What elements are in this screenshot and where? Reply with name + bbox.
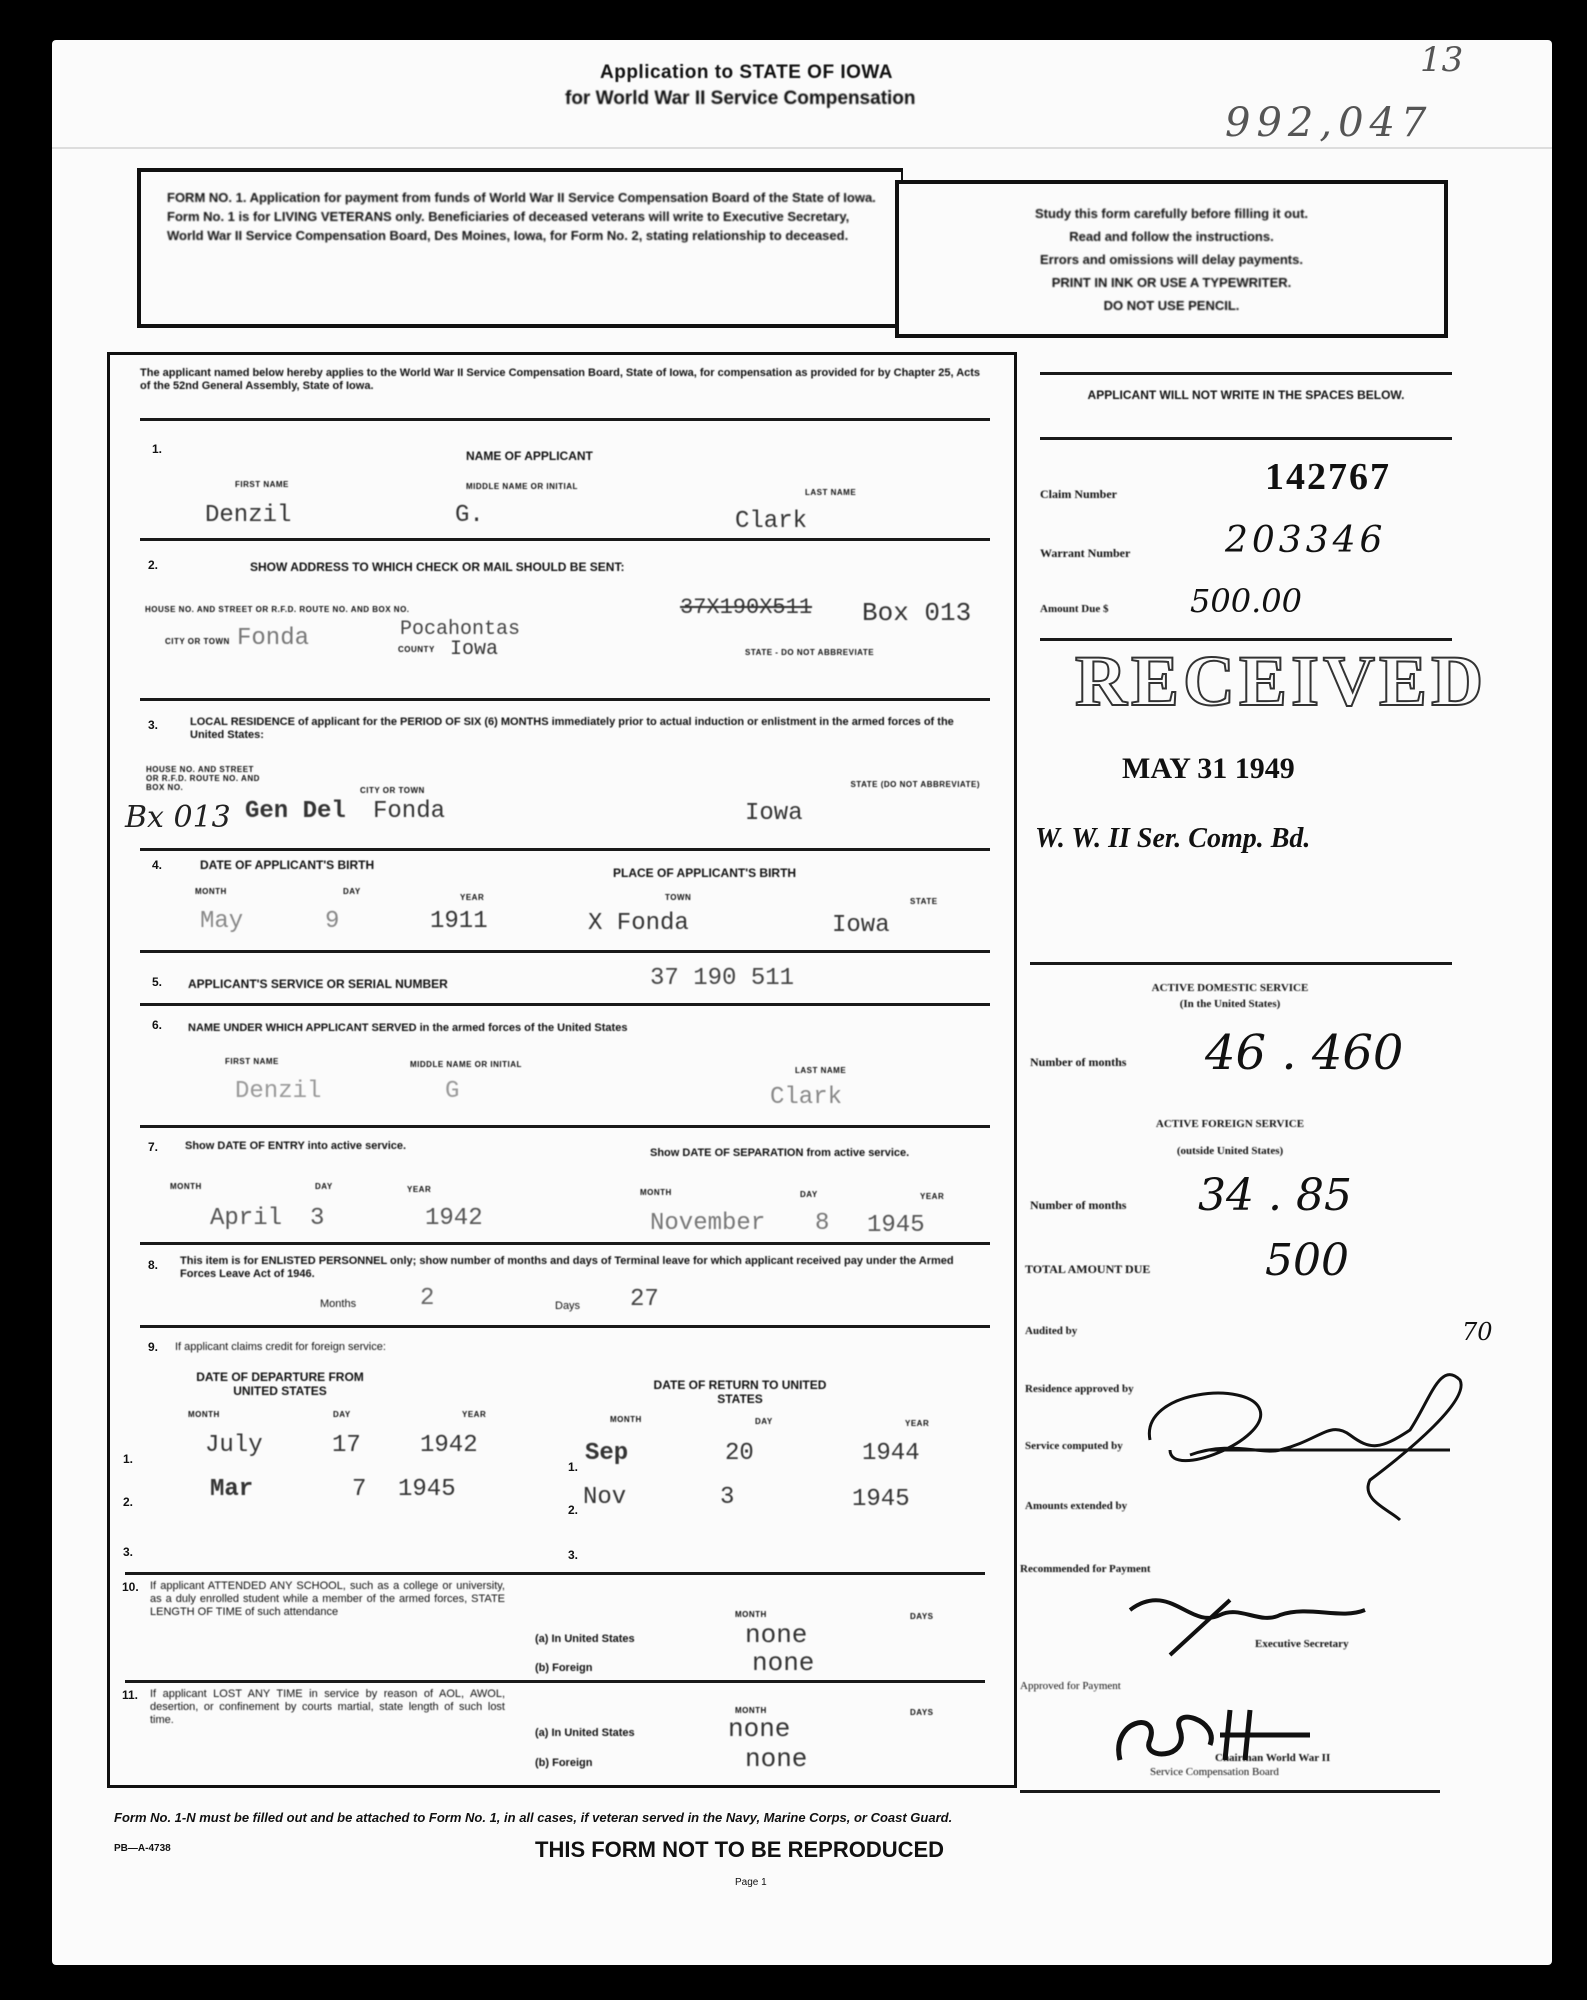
file-number: 992,047	[1225, 100, 1432, 146]
terminal-leave-text: This item is for ENLISTED PERSONNEL only…	[180, 1255, 985, 1281]
domestic-months-label: Number of months	[1030, 1055, 1126, 1070]
birth-place-heading: PLACE OF APPLICANT'S BIRTH	[613, 866, 796, 880]
residence-approved-label: Residence approved by	[1025, 1383, 1134, 1395]
divider	[125, 1680, 985, 1683]
last-name-label: LAST NAME	[795, 1066, 846, 1075]
claim-number-value: 142767	[1265, 455, 1391, 499]
divider	[140, 418, 990, 421]
state-label: STATE - DO NOT ABBREVIATE	[745, 648, 874, 657]
foreign-months-label: Number of months	[1030, 1198, 1126, 1213]
separation-month-value: November	[650, 1210, 765, 1237]
section-number: 3.	[148, 718, 158, 732]
return-day: 3	[720, 1484, 734, 1511]
residence-heading: LOCAL RESIDENCE of applicant for the PER…	[190, 716, 985, 742]
return-month: Nov	[583, 1484, 626, 1511]
row-number: 3.	[568, 1548, 578, 1562]
section-number: 2.	[148, 558, 158, 572]
year-label: YEAR	[407, 1185, 431, 1194]
approved-label: Approved for Payment	[1020, 1680, 1121, 1692]
return-heading: DATE OF RETURN TO UNITED STATES	[640, 1378, 840, 1406]
departure-day: 7	[352, 1476, 366, 1503]
section-number: 4.	[152, 858, 162, 872]
middle-name-value: G.	[455, 502, 484, 529]
month-label: MONTH	[640, 1188, 672, 1197]
reproduction-warning: THIS FORM NOT TO BE REPRODUCED	[535, 1837, 944, 1863]
received-board: W. W. II Ser. Comp. Bd.	[1035, 823, 1310, 855]
separation-year-value: 1945	[867, 1212, 925, 1239]
residence-street-value: Gen Del	[245, 798, 346, 825]
birth-year-value: 1911	[430, 908, 488, 935]
executive-secretary-label: Executive Secretary	[1255, 1638, 1349, 1650]
served-middle-name: G	[445, 1078, 459, 1105]
terminal-leave-months: 2	[420, 1285, 434, 1312]
section-number: 11.	[122, 1688, 138, 1702]
days-label: DAYS	[910, 1708, 934, 1717]
departure-day: 17	[332, 1432, 361, 1459]
name-heading: NAME OF APPLICANT	[466, 449, 593, 463]
birth-date-heading: DATE OF APPLICANT'S BIRTH	[200, 858, 374, 872]
divider	[140, 848, 990, 851]
service-name-heading: NAME UNDER WHICH APPLICANT SERVED in the…	[188, 1022, 983, 1035]
mailing-address-heading: Show ADDRESS TO WHICH CHECK OR MAIL SHOU…	[250, 560, 624, 574]
received-stamp: RECEIVED	[1075, 640, 1487, 723]
year-label: YEAR	[905, 1419, 929, 1428]
month-label: MONTH	[170, 1182, 202, 1191]
first-name-label: FIRST NAME	[225, 1057, 279, 1066]
first-name-label: FIRST NAME	[235, 480, 289, 489]
entry-day-value: 3	[310, 1205, 324, 1232]
scan-line	[52, 147, 1552, 149]
last-name-value: Clark	[735, 508, 807, 535]
amounts-extended-label: Amounts extended by	[1025, 1500, 1127, 1512]
foreign-service-heading: ACTIVE FOREIGN SERVICE	[1030, 1118, 1430, 1130]
return-month: Sep	[585, 1440, 628, 1467]
serial-number-value: 37 190 511	[650, 965, 794, 992]
residence-city-label: CITY OR TOWN	[360, 786, 425, 795]
entry-month-value: April	[210, 1205, 282, 1232]
terminal-leave-days: 27	[630, 1286, 659, 1313]
town-label: TOWN	[665, 893, 691, 902]
total-due-label: TOTAL AMOUNT DUE	[1025, 1262, 1150, 1277]
office-use-heading: APPLICANT WILL NOT WRITE IN THE SPACES B…	[1040, 387, 1452, 403]
domestic-service-heading: ACTIVE DOMESTIC SERVICE	[1030, 982, 1430, 994]
month-label: MONTH	[610, 1415, 642, 1424]
domestic-months-value: 46 . 460	[1205, 1025, 1403, 1081]
corner-mark: 13	[1420, 40, 1463, 80]
entry-year-value: 1942	[425, 1205, 483, 1232]
return-year: 1944	[862, 1440, 920, 1467]
row-number: 1.	[123, 1452, 133, 1466]
foreign-service-sub: (outside United States)	[1030, 1145, 1430, 1157]
birth-state-value: Iowa	[832, 912, 890, 939]
day-label: DAY	[333, 1410, 351, 1419]
section-number: 1.	[152, 442, 162, 456]
form-info-box: FORM NO. 1. Application for payment from…	[137, 168, 903, 328]
instruction-line-3: Errors and omissions will delay payments…	[919, 248, 1424, 271]
departure-year: 1942	[420, 1432, 478, 1459]
departure-month: Mar	[210, 1476, 253, 1503]
day-label: DAY	[343, 887, 361, 896]
residence-street-label: HOUSE NO. AND STREET OR R.F.D. ROUTE NO.…	[146, 765, 266, 792]
row-number: 3.	[123, 1545, 133, 1559]
served-last-name: Clark	[770, 1084, 842, 1111]
birth-day-value: 9	[325, 908, 339, 935]
county-label: COUNTY	[398, 645, 435, 654]
residence-state-label: STATE (DO NOT ABBREVIATE)	[790, 780, 980, 789]
year-label: YEAR	[920, 1192, 944, 1201]
mailing-street-value: Box 013	[862, 598, 971, 628]
instruction-line-2: Read and follow the instructions.	[919, 225, 1424, 248]
residence-state-value: Iowa	[745, 800, 803, 827]
section-number: 6.	[152, 1018, 162, 1032]
day-label: DAY	[315, 1182, 333, 1191]
row-number: 2.	[123, 1495, 133, 1509]
board-label: Service Compensation Board	[1150, 1766, 1279, 1778]
divider	[1040, 372, 1452, 375]
footer-note: Form No. 1-N must be filled out and be a…	[114, 1810, 952, 1825]
section-number: 10.	[122, 1580, 139, 1594]
departure-year: 1945	[398, 1476, 456, 1503]
margin-note: 70	[1462, 1318, 1493, 1346]
return-year: 1945	[852, 1486, 910, 1513]
departure-month: July	[205, 1432, 263, 1459]
received-date: MAY 31 1949	[1122, 752, 1295, 786]
divider	[140, 1003, 990, 1006]
service-computed-label: Service computed by	[1025, 1440, 1123, 1452]
foreign-label: (b) Foreign	[535, 1662, 592, 1675]
month-label: MONTH	[735, 1610, 767, 1619]
warrant-number-label: Warrant Number	[1040, 546, 1130, 561]
divider	[140, 1325, 990, 1328]
school-text: If applicant ATTENDED ANY SCHOOL, such a…	[150, 1580, 505, 1619]
section-number: 7.	[148, 1140, 158, 1154]
page-number: Page 1	[735, 1877, 767, 1888]
days-label: DAYS	[910, 1612, 934, 1621]
year-label: YEAR	[460, 893, 484, 902]
served-first-name: Denzil	[235, 1078, 321, 1105]
warrant-number-value: 203346	[1225, 520, 1386, 561]
separation-day-value: 8	[815, 1210, 829, 1237]
last-name-label: LAST NAME	[805, 488, 856, 497]
lost-time-us-value: none	[728, 1714, 790, 1744]
lost-time-text: If applicant LOST ANY TIME in service by…	[150, 1688, 505, 1727]
city-label: CITY OR TOWN	[165, 637, 230, 646]
service-computed-signature	[1130, 1360, 1470, 1530]
audited-by-label: Audited by	[1025, 1325, 1077, 1337]
us-label: (a) In United States	[535, 1727, 635, 1740]
row-number: 1.	[568, 1460, 578, 1474]
school-us-value: none	[745, 1620, 807, 1650]
residence-city-value: Fonda	[373, 798, 445, 825]
section-number: 9.	[148, 1340, 158, 1354]
days-label: Days	[555, 1300, 580, 1313]
foreign-label: (b) Foreign	[535, 1757, 592, 1770]
form-title: Application to STATE OF IOWA	[600, 62, 893, 84]
birth-town-value: X Fonda	[588, 910, 689, 937]
intro-text: The applicant named below hereby applies…	[140, 367, 990, 393]
state-label: STATE	[910, 897, 938, 906]
divider	[140, 950, 990, 953]
residence-box-handwritten: Bx 013	[125, 800, 231, 835]
entry-date-heading: Show DATE OF ENTRY into active service.	[185, 1140, 535, 1153]
school-foreign-value: none	[752, 1648, 814, 1678]
divider	[140, 1125, 990, 1128]
year-label: YEAR	[462, 1410, 486, 1419]
first-name-value: Denzil	[205, 502, 291, 529]
total-due-value: 500	[1265, 1235, 1349, 1286]
section-number: 5.	[152, 975, 162, 989]
claim-number-label: Claim Number	[1040, 487, 1117, 502]
divider	[140, 538, 990, 541]
mailing-city-value: Fonda	[237, 625, 309, 652]
divider	[125, 1572, 985, 1575]
amount-due-label: Amount Due $	[1040, 603, 1108, 615]
middle-name-label: MIDDLE NAME OR INITIAL	[466, 482, 578, 491]
divider	[1030, 962, 1452, 965]
serial-number-heading: APPLICANT'S SERVICE OR SERIAL NUMBER	[188, 977, 448, 991]
foreign-months-value: 34 . 85	[1198, 1170, 1352, 1221]
form-subtitle: for World War II Service Compensation	[565, 88, 916, 110]
row-number: 2.	[568, 1503, 578, 1517]
instructions-box: Study this form carefully before filling…	[895, 180, 1448, 338]
day-label: DAY	[800, 1190, 818, 1199]
divider	[140, 698, 990, 701]
us-label: (a) In United States	[535, 1633, 635, 1646]
domestic-service-sub: (In the United States)	[1030, 998, 1430, 1010]
divider	[1040, 437, 1452, 440]
return-day: 20	[725, 1440, 754, 1467]
form-info-text: FORM NO. 1. Application for payment from…	[167, 188, 877, 245]
foreign-service-heading: If applicant claims credit for foreign s…	[175, 1341, 386, 1354]
form-code: PB—A-4738	[114, 1843, 171, 1854]
month-label: MONTH	[195, 887, 227, 896]
struck-address: 37X190X511	[680, 595, 812, 620]
mailing-state-value: Iowa	[450, 638, 498, 661]
departure-heading: DATE OF DEPARTURE FROM UNITED STATES	[190, 1370, 370, 1398]
divider	[1020, 1790, 1440, 1793]
section-number: 8.	[148, 1258, 158, 1272]
months-label: Months	[320, 1298, 356, 1311]
chairman-label: Chairman World War II	[1215, 1752, 1330, 1764]
birth-month-value: May	[200, 908, 243, 935]
instruction-line-4: PRINT IN INK OR USE A TYPEWRITER.	[919, 271, 1424, 294]
middle-name-label: MIDDLE NAME OR INITIAL	[410, 1060, 522, 1069]
day-label: DAY	[755, 1417, 773, 1426]
instruction-line-1: Study this form carefully before filling…	[919, 202, 1424, 225]
lost-time-foreign-value: none	[745, 1744, 807, 1774]
separation-date-heading: Show DATE OF SEPARATION from active serv…	[650, 1147, 985, 1160]
divider	[140, 1242, 990, 1245]
instruction-line-5: DO NOT USE PENCIL.	[919, 294, 1424, 317]
month-label: MONTH	[188, 1410, 220, 1419]
street-label: HOUSE NO. AND STREET OR R.F.D. ROUTE NO.…	[145, 605, 410, 614]
amount-due-value: 500.00	[1190, 582, 1302, 620]
